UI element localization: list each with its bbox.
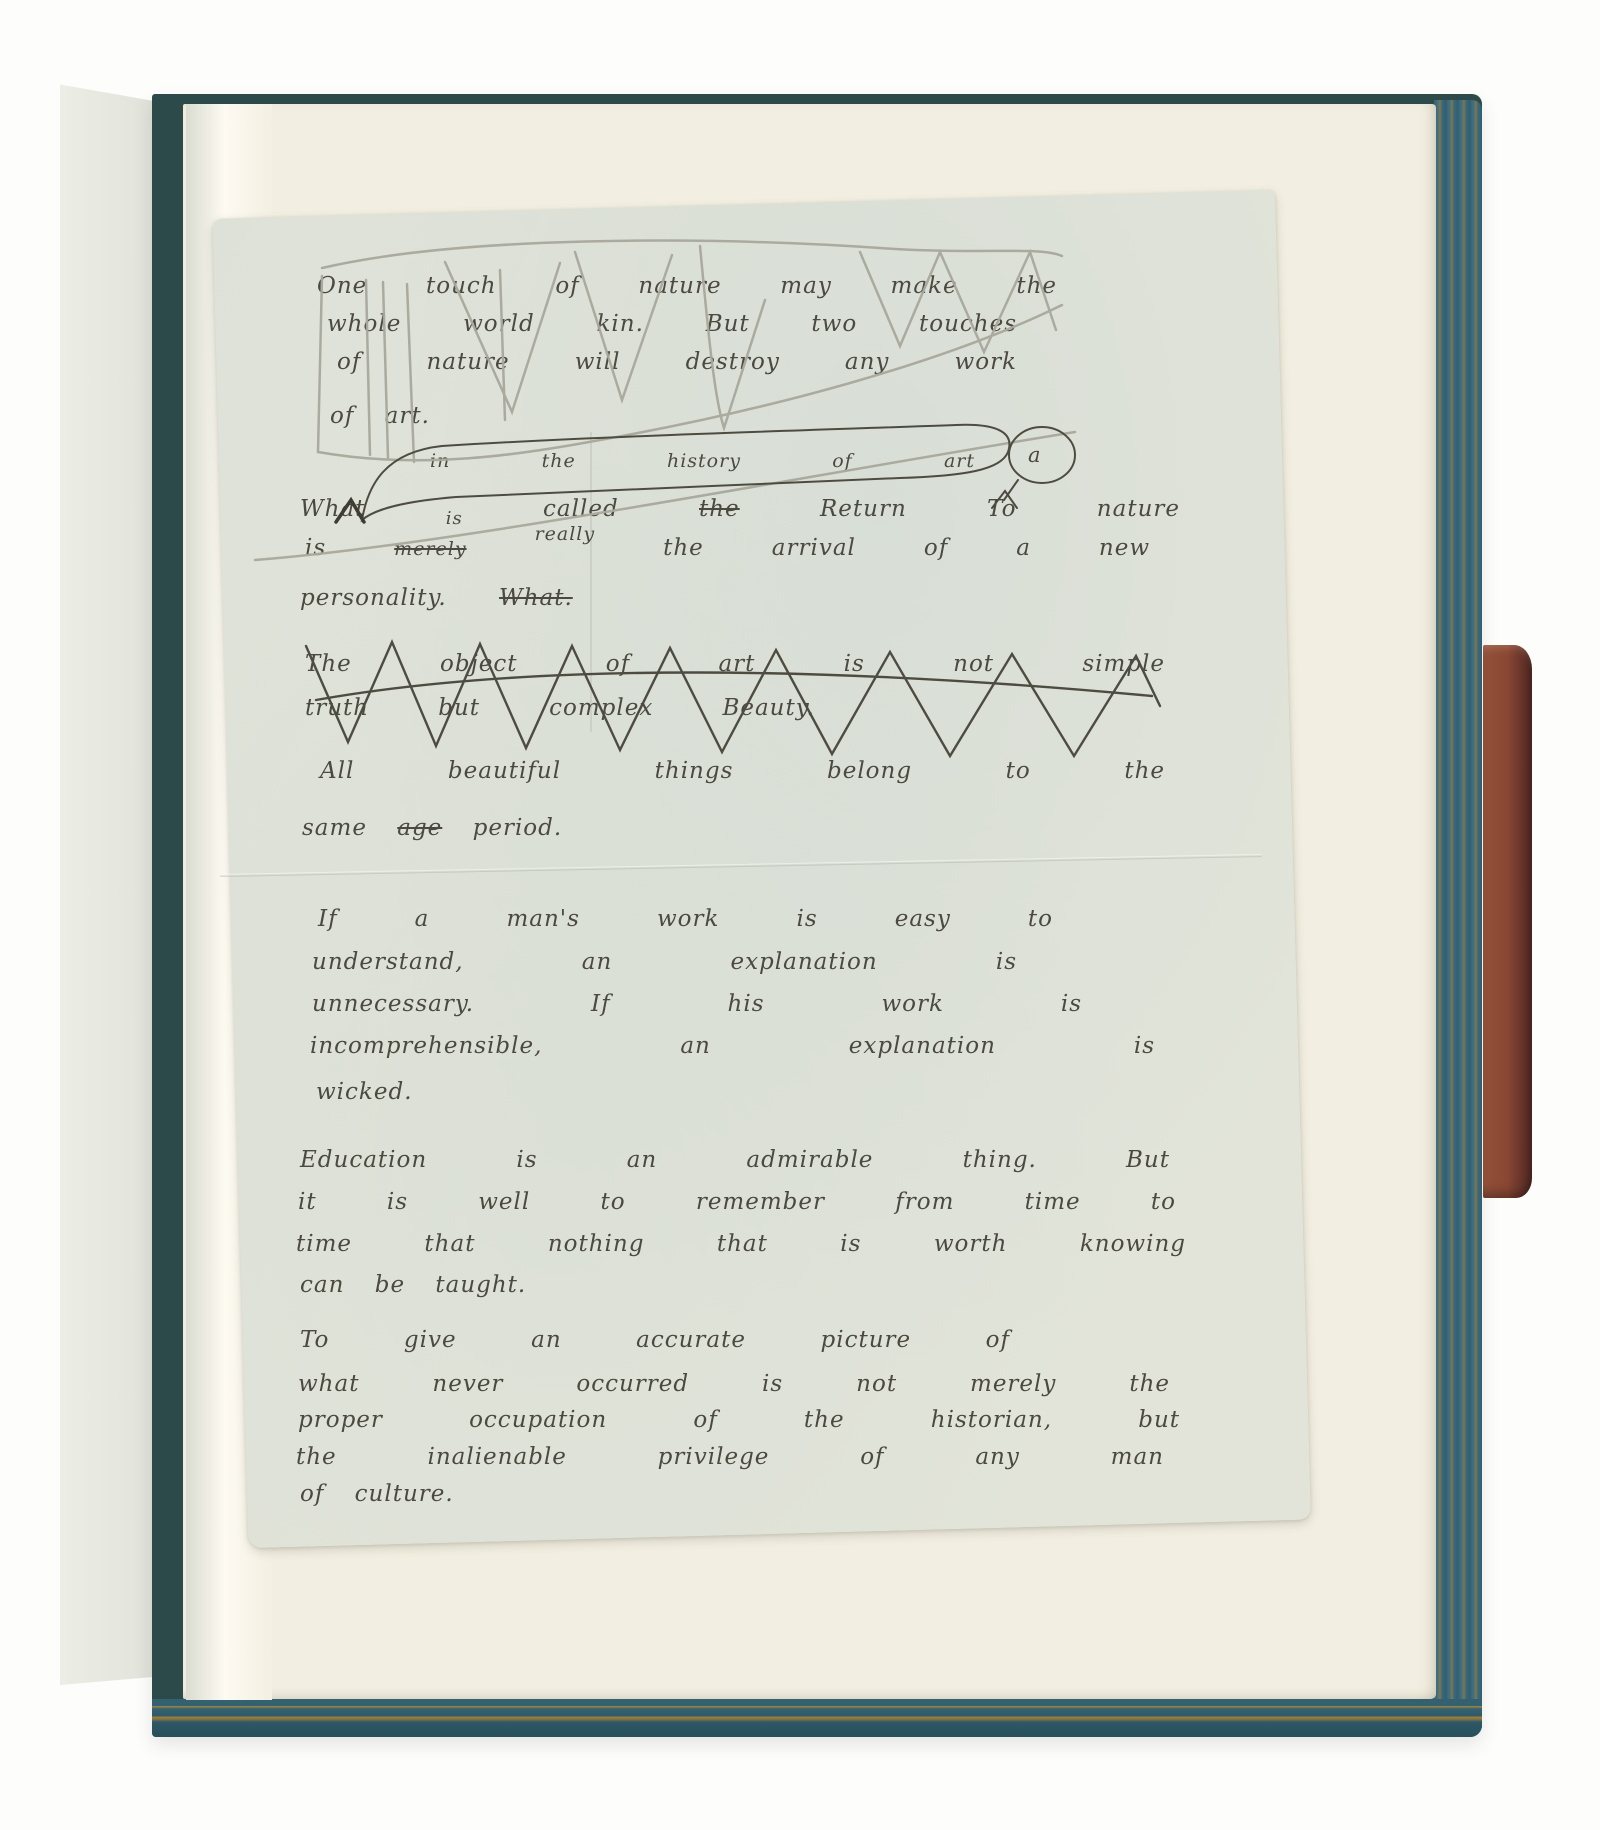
cover-right-edge — [1434, 100, 1482, 1737]
aphorism-2-line: is merely really the arrival of a new — [305, 534, 1150, 563]
aphorism-3-line: The object of art is not simple — [305, 650, 1165, 679]
aphorism-7-line: of culture. — [300, 1480, 454, 1509]
aphorism-6-line: time that nothing that is worth knowing — [296, 1230, 1186, 1259]
aphorism-1-line: of art. — [330, 402, 430, 431]
aphorism-1-line: whole world kin. But two touches — [327, 310, 1017, 339]
inserted-word: is — [446, 508, 463, 529]
inserted-word: really — [535, 523, 596, 545]
word: period. — [473, 815, 563, 841]
word: What — [300, 496, 365, 522]
aphorism-5-line: unnecessary. If his work is — [312, 990, 1082, 1019]
word: same — [302, 815, 367, 841]
struck-word: merely — [394, 538, 466, 560]
leather-strap — [1483, 645, 1532, 1198]
insertion-balloon-text: in the history of art — [430, 450, 975, 474]
cover-bottom-edge — [152, 1699, 1482, 1737]
vertical-crease — [590, 432, 592, 732]
aphorism-7-line: the inalienable privilege of any man — [296, 1443, 1164, 1472]
word: called — [543, 496, 619, 522]
word: is — [305, 535, 326, 561]
word: Return To nature — [820, 496, 1180, 522]
aphorism-7-line: what never occurred is not merely the — [298, 1370, 1170, 1399]
insertion-mark-a: a — [1028, 442, 1042, 468]
aphorism-6-line: can be taught. — [300, 1271, 526, 1300]
aphorism-6-line: it is well to remember from time to — [298, 1188, 1176, 1217]
struck-word: What. — [499, 585, 573, 611]
aphorism-4-line: All beautiful things belong to the — [320, 757, 1165, 786]
aphorism-5-line: understand, an explanation is — [312, 948, 1017, 977]
aphorism-6-line: Education is an admirable thing. But — [300, 1146, 1170, 1175]
struck-word: age — [397, 815, 442, 841]
struck-word: the — [699, 496, 740, 522]
aphorism-1-line: of nature will destroy any work — [337, 348, 1017, 377]
aphorism-1-line: One touch of nature may make the — [317, 272, 1057, 301]
aphorism-7-line: To give an accurate picture of — [300, 1326, 1010, 1355]
photo-stage: One touch of nature may make the whole w… — [0, 0, 1600, 1830]
aphorism-4-line: same age period. — [302, 814, 562, 843]
aphorism-5-line: If a man's work is easy to — [318, 905, 1053, 934]
aphorism-2-line: personality. What. — [300, 584, 573, 613]
aphorism-7-line: proper occupation of the historian, but — [298, 1406, 1180, 1435]
aphorism-5-line: incomprehensible, an explanation is — [310, 1032, 1155, 1061]
aphorism-5-line: wicked. — [316, 1078, 413, 1107]
word: the arrival of a new — [663, 535, 1150, 561]
word: personality. — [300, 585, 447, 611]
aphorism-3-line: truth but complex Beauty. — [305, 694, 815, 723]
aphorism-2-line: What is called the Return To nature — [300, 495, 1180, 524]
